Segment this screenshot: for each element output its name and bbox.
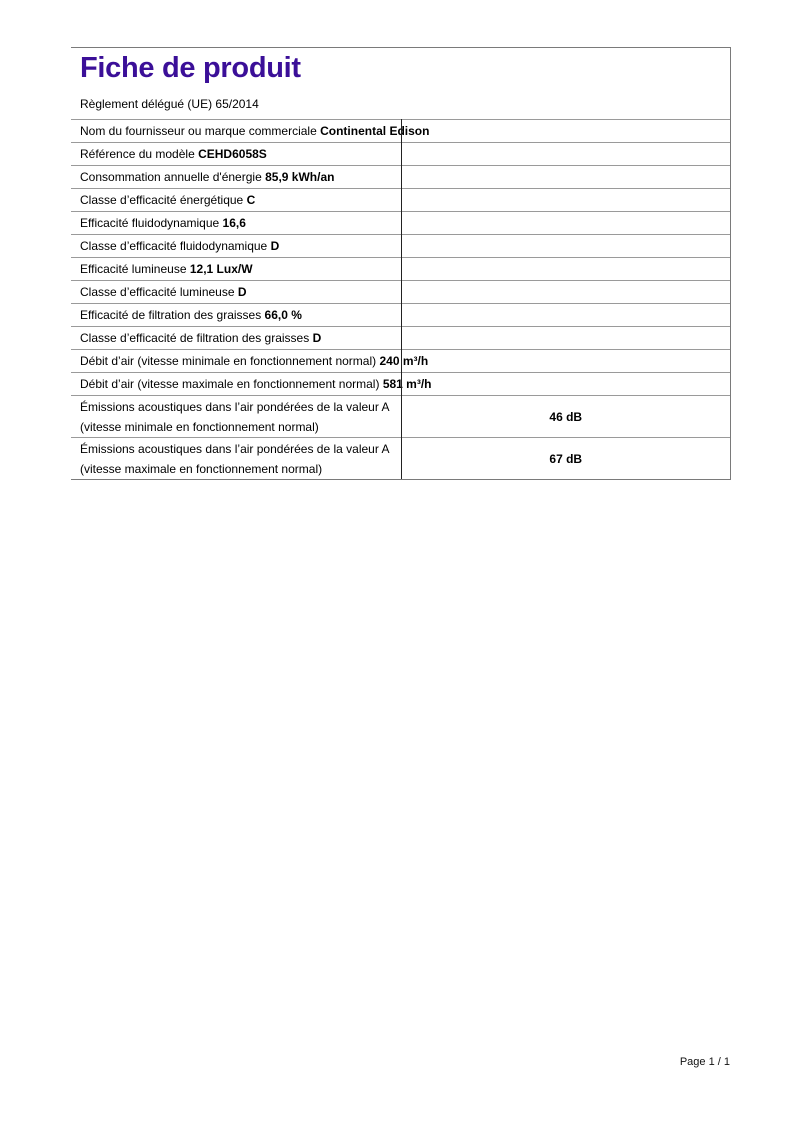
- spec-label: Efficacité fluidodynamique: [80, 216, 219, 230]
- table-row: Débit d’air (vitesse minimale en fonctio…: [71, 350, 731, 373]
- empty-cell: [401, 258, 731, 281]
- spec-label: Classe d’efficacité énergétique: [80, 193, 243, 207]
- spec-cell: Efficacité de filtration des graisses 66…: [71, 304, 401, 327]
- empty-cell: [401, 373, 731, 396]
- page-title: Fiche de produit: [80, 52, 301, 85]
- spec-cell: Classe d’efficacité lumineuse D: [71, 281, 401, 304]
- spec-value: D: [238, 285, 247, 299]
- spec-value: C: [247, 193, 256, 207]
- empty-cell: [401, 212, 731, 235]
- acoustic-label-line2: (vitesse minimale en fonctionnement norm…: [80, 420, 319, 434]
- table-row: Débit d’air (vitesse maximale en fonctio…: [71, 373, 731, 396]
- empty-cell: [401, 143, 731, 166]
- table-row: Référence du modèle CEHD6058S: [71, 143, 731, 166]
- empty-cell: [401, 189, 731, 212]
- acoustic-value: 46 dB: [401, 396, 731, 438]
- acoustic-label-line1: Émissions acoustiques dans l’air pondéré…: [80, 400, 390, 414]
- empty-cell: [401, 166, 731, 189]
- product-spec-table: Nom du fournisseur ou marque commerciale…: [71, 119, 731, 480]
- table-row: Classe d’efficacité lumineuse D: [71, 281, 731, 304]
- table-row: Classe d’efficacité fluidodynamique D: [71, 235, 731, 258]
- spec-cell: Classe d’efficacité énergétique C: [71, 189, 401, 212]
- spec-cell: Consommation annuelle d'énergie 85,9 kWh…: [71, 166, 401, 189]
- spec-cell: Classe d’efficacité fluidodynamique D: [71, 235, 401, 258]
- empty-cell: [401, 120, 731, 143]
- spec-value: 12,1 Lux/W: [190, 262, 253, 276]
- empty-cell: [401, 350, 731, 373]
- regulation-reference: Règlement délégué (UE) 65/2014: [80, 97, 259, 111]
- spec-value: D: [313, 331, 322, 345]
- spec-label: Classe d’efficacité lumineuse: [80, 285, 235, 299]
- spec-label: Débit d’air (vitesse maximale en fonctio…: [80, 377, 379, 391]
- spec-label: Débit d’air (vitesse minimale en fonctio…: [80, 354, 376, 368]
- table-row: Efficacité lumineuse 12,1 Lux/W: [71, 258, 731, 281]
- spec-value: 240 m³/h: [379, 354, 428, 368]
- page-number: Page 1 / 1: [680, 1056, 730, 1068]
- empty-cell: [401, 281, 731, 304]
- acoustic-label-cell: Émissions acoustiques dans l’air pondéré…: [71, 438, 401, 480]
- spec-cell: Débit d’air (vitesse maximale en fonctio…: [71, 373, 401, 396]
- table-row: Consommation annuelle d'énergie 85,9 kWh…: [71, 166, 731, 189]
- table-row: Classe d’efficacité énergétique C: [71, 189, 731, 212]
- spec-value: CEHD6058S: [198, 147, 267, 161]
- table-row-acoustic: Émissions acoustiques dans l’air pondéré…: [71, 438, 731, 480]
- table-row: Classe d’efficacité de filtration des gr…: [71, 327, 731, 350]
- table-row-acoustic: Émissions acoustiques dans l’air pondéré…: [71, 396, 731, 438]
- spec-value: 581 m³/h: [383, 377, 432, 391]
- spec-label: Référence du modèle: [80, 147, 195, 161]
- spec-label: Classe d’efficacité de filtration des gr…: [80, 331, 309, 345]
- spec-cell: Nom du fournisseur ou marque commerciale…: [71, 120, 401, 143]
- spec-cell: Efficacité fluidodynamique 16,6: [71, 212, 401, 235]
- spec-label: Nom du fournisseur ou marque commerciale: [80, 124, 317, 138]
- spec-value: Continental Edison: [320, 124, 429, 138]
- spec-value: 66,0 %: [265, 308, 302, 322]
- empty-cell: [401, 304, 731, 327]
- table-row: Efficacité fluidodynamique 16,6: [71, 212, 731, 235]
- spec-cell: Efficacité lumineuse 12,1 Lux/W: [71, 258, 401, 281]
- spec-cell: Débit d’air (vitesse minimale en fonctio…: [71, 350, 401, 373]
- table-row: Nom du fournisseur ou marque commerciale…: [71, 120, 731, 143]
- product-sheet: Fiche de produit Règlement délégué (UE) …: [71, 47, 731, 480]
- spec-label: Consommation annuelle d'énergie: [80, 170, 262, 184]
- empty-cell: [401, 235, 731, 258]
- spec-label: Efficacité de filtration des graisses: [80, 308, 261, 322]
- header-block: Fiche de produit Règlement délégué (UE) …: [71, 47, 731, 119]
- acoustic-value: 67 dB: [401, 438, 731, 480]
- spec-label: Classe d’efficacité fluidodynamique: [80, 239, 267, 253]
- spec-value: 16,6: [223, 216, 246, 230]
- spec-value: 85,9 kWh/an: [265, 170, 334, 184]
- table-row: Efficacité de filtration des graisses 66…: [71, 304, 731, 327]
- spec-label: Efficacité lumineuse: [80, 262, 187, 276]
- acoustic-label-cell: Émissions acoustiques dans l’air pondéré…: [71, 396, 401, 438]
- spec-cell: Référence du modèle CEHD6058S: [71, 143, 401, 166]
- spec-cell: Classe d’efficacité de filtration des gr…: [71, 327, 401, 350]
- empty-cell: [401, 327, 731, 350]
- acoustic-label-line2: (vitesse maximale en fonctionnement norm…: [80, 462, 322, 476]
- spec-value: D: [271, 239, 280, 253]
- acoustic-label-line1: Émissions acoustiques dans l’air pondéré…: [80, 442, 390, 456]
